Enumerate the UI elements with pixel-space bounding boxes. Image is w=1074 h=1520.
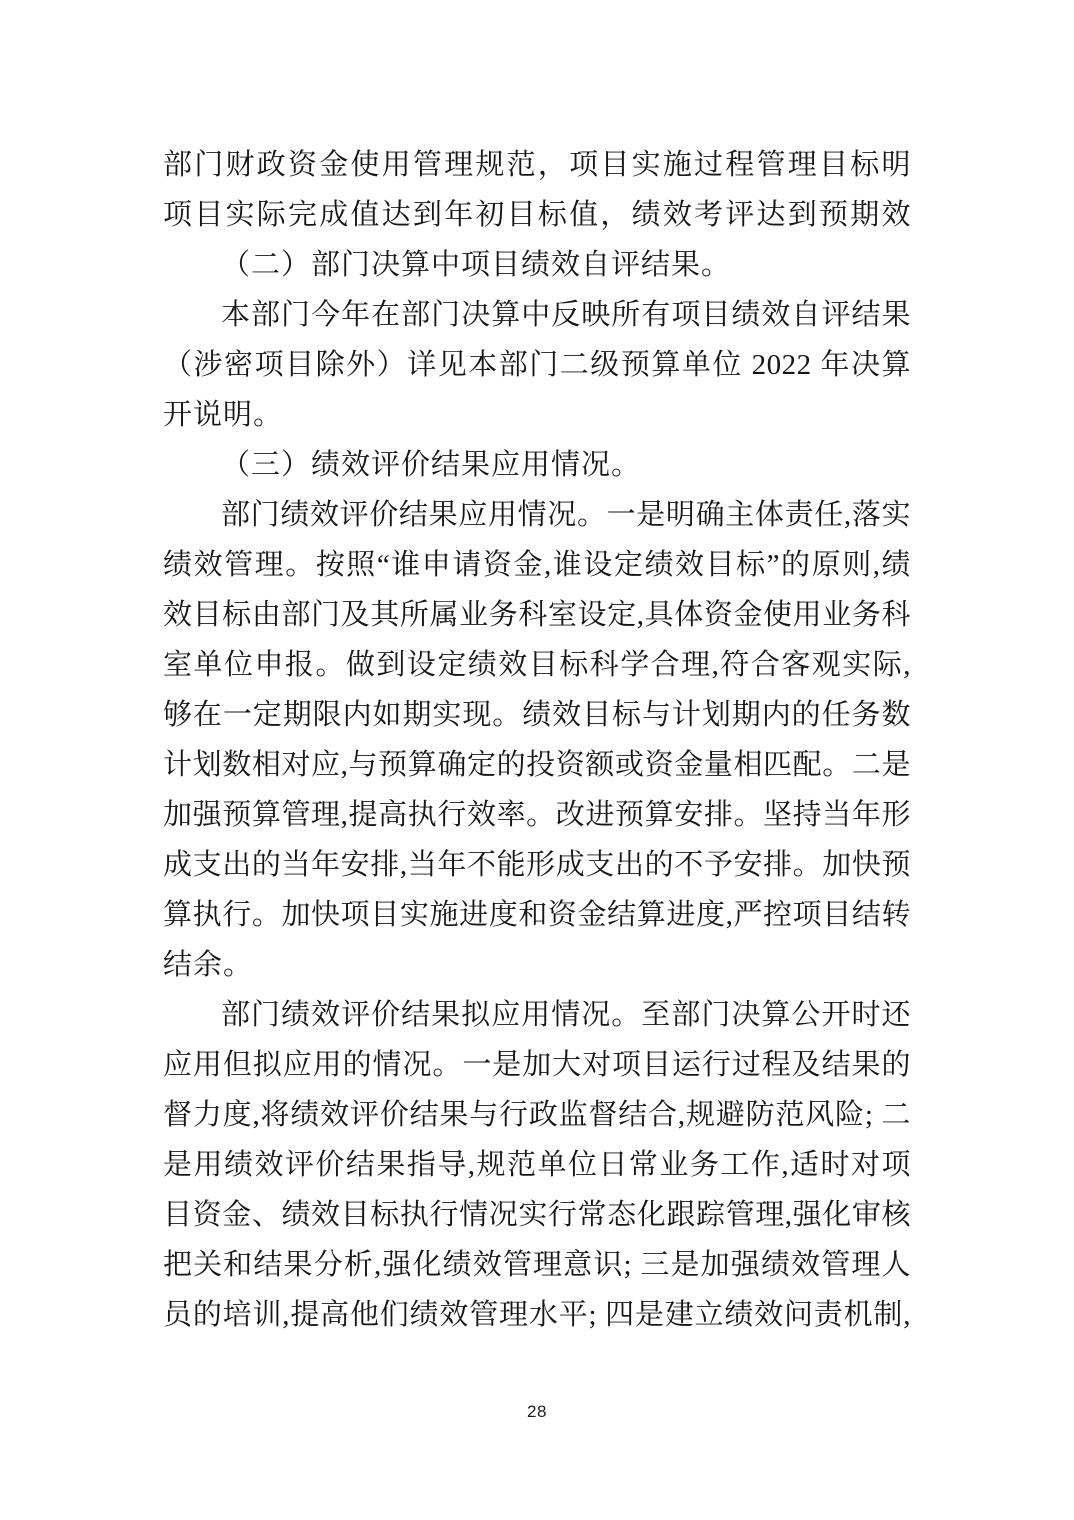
document-page: 部门财政资金使用管理规范，项目实施过程管理目标明确，项目实际完成值达到年初目标值… [0, 0, 1074, 1520]
text-line: 督力度,将绩效评价结果与行政监督结合,规避防范风险; 二 [163, 1090, 911, 1140]
text-line: （涉密项目除外）详见本部门二级预算单位 2022 年决算公 [163, 340, 911, 390]
text-line: 效目标由部门及其所属业务科室设定,具体资金使用业务科 [163, 590, 911, 640]
document-body: 部门财政资金使用管理规范，项目实施过程管理目标明确，项目实际完成值达到年初目标值… [163, 140, 911, 1340]
text-line: 加强预算管理,提高执行效率。改进预算安排。坚持当年形 [163, 790, 911, 840]
text-line: 室单位申报。做到设定绩效目标科学合理,符合客观实际,能 [163, 640, 911, 690]
text-line: 结余。 [163, 940, 911, 990]
text-line: 部门绩效评价结果应用情况。一是明确主体责任,落实 [163, 490, 911, 540]
page-number: 28 [527, 1402, 547, 1421]
text-line: 部门财政资金使用管理规范，项目实施过程管理目标明确， [163, 140, 911, 190]
text-line: 算执行。加快项目实施进度和资金结算进度,严控项目结转 [163, 890, 911, 940]
text-line: 计划数相对应,与预算确定的投资额或资金量相匹配。二是 [163, 740, 911, 790]
text-line: 开说明。 [163, 390, 911, 440]
text-line: 绩效管理。按照“谁申请资金,谁设定绩效目标”的原则,绩 [163, 540, 911, 590]
text-line: 够在一定期限内如期实现。绩效目标与计划期内的任务数或 [163, 690, 911, 740]
text-line: 员的培训,提高他们绩效管理水平; 四是建立绩效问责机制, [163, 1290, 911, 1340]
text-line: 应用但拟应用的情况。一是加大对项目运行过程及结果的监 [163, 1040, 911, 1090]
section-heading-line: （三）绩效评价结果应用情况。 [163, 440, 911, 490]
text-line: 本部门今年在部门决算中反映所有项目绩效自评结果 [163, 290, 911, 340]
page-footer: 28 [0, 1402, 1074, 1422]
text-line: 部门绩效评价结果拟应用情况。至部门决算公开时还未 [163, 990, 911, 1040]
text-line: 项目实际完成值达到年初目标值，绩效考评达到预期效果。 [163, 190, 911, 240]
section-heading-line: （二）部门决算中项目绩效自评结果。 [163, 240, 911, 290]
text-line: 是用绩效评价结果指导,规范单位日常业务工作,适时对项 [163, 1140, 911, 1190]
text-line: 成支出的当年安排,当年不能形成支出的不予安排。加快预 [163, 840, 911, 890]
text-line: 目资金、绩效目标执行情况实行常态化跟踪管理,强化审核 [163, 1190, 911, 1240]
text-line: 把关和结果分析,强化绩效管理意识; 三是加强绩效管理人 [163, 1240, 911, 1290]
